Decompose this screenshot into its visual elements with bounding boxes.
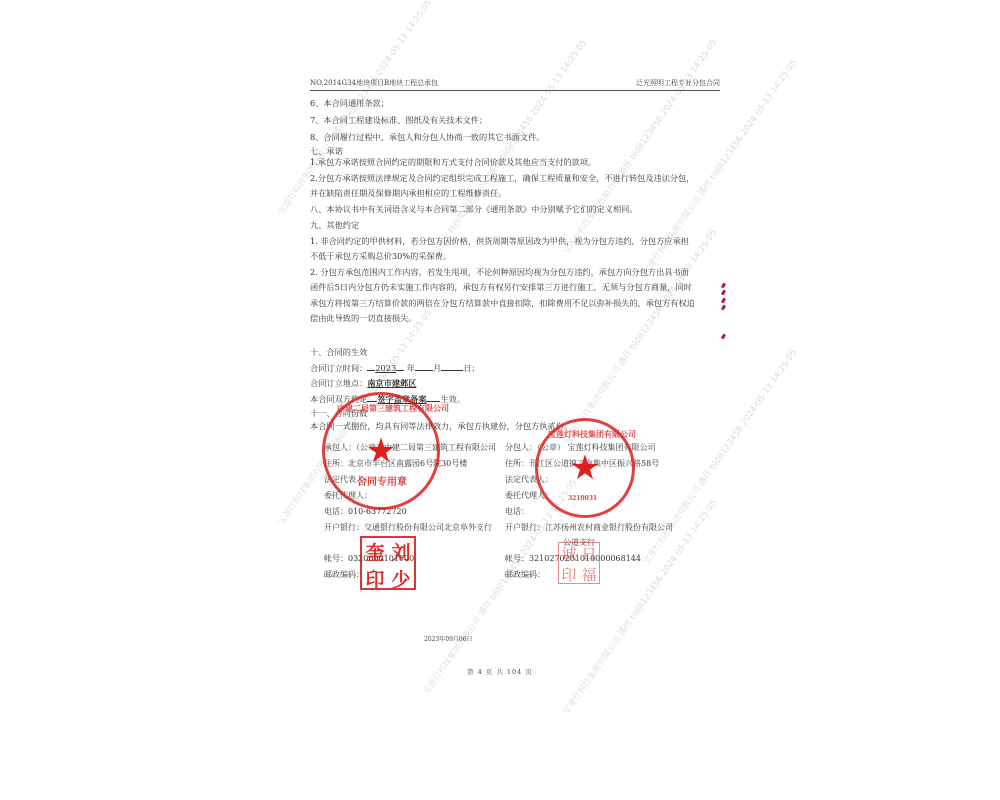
- document-page: 宝莲灯科技集团有限公司 潘伟 bldjt123456 2024-05-13 14…: [0, 0, 1000, 800]
- contractor-bank: 开户银行：交通银行股份有限公司北京阜外支行: [324, 522, 492, 534]
- footer-date: 2023年09月06日: [424, 634, 473, 643]
- seal-star-icon: ★: [366, 434, 396, 468]
- edge-seal-mark: [721, 334, 726, 340]
- watermark: 宝莲灯科技集团有限公司 潘伟 bldjt123456 2024-05-13 14…: [560, 37, 719, 257]
- sign-year: 2023: [375, 363, 396, 373]
- section-8: 八、本协议书中有关词语含义与本合同第二部分《通用条款》中分别赋予它们的定义相同。: [310, 203, 638, 215]
- subcontractor-postcode: 邮政编码：: [505, 569, 545, 581]
- edge-seal-mark: [721, 283, 726, 289]
- section-7-item-1: 1.承包方承诺按照合同约定的期限和方式支付合同价款及其他应当支付的款项。: [310, 156, 596, 168]
- watermark: 宝莲灯科技集团有限公司 潘伟 bldjt123456 2024-05-13 14…: [420, 477, 579, 697]
- header-contract-title: 泛光照明工程专业分包合同: [636, 78, 720, 88]
- watermark: 宝莲灯科技集团有限公司 潘伟 bldjt123456 2024-05-13 14…: [560, 227, 719, 447]
- section-7-item-2-cont: 并在缺陷责任期及保修期内承担相应的工程维修责任。: [310, 187, 507, 199]
- subcontractor-bank: 开户银行：江苏扬州农村商业银行股份有限公司: [505, 522, 673, 534]
- edge-seal-mark: [721, 305, 726, 311]
- section-9-item-2-cont1: 函件后5日内分包方仍未实施工作内容的，承包方有权另行安排第三方进行施工，无须与分…: [310, 281, 692, 293]
- contractor-postcode: 邮政编码：: [324, 569, 364, 581]
- section-10-title: 十、合同的生效: [310, 346, 367, 358]
- edge-seal-mark: [721, 298, 726, 304]
- subcontractor-personal-seal: 诚 日 印 福: [558, 542, 600, 584]
- section-7-item-2: 2.分包方承诺按照法律规定及合同约定组织完成工程施工，确保工程质量和安全，不进行…: [310, 172, 694, 184]
- page-number: 第 4 页 共 104 页: [467, 667, 533, 676]
- seal-star-icon: ★: [570, 451, 600, 485]
- contractor-personal-seal: 奎 刘 印 少: [360, 536, 416, 590]
- section-9-item-1: 1. 非合同约定的甲供材料，若分包方因价格、供货周期等原因改为甲供，视为分包方违…: [310, 235, 689, 247]
- sign-time: 合同订立时间：2023 年月日；: [310, 361, 480, 374]
- section-9-item-1-cont: 不低于承包方采购总价30%的采保费。: [310, 250, 451, 262]
- page-header: NO.2014G34地块项目B地块工程总承包 泛光照明工程专业分包合同: [310, 76, 720, 91]
- clause-8: 8、合同履行过程中，承包人和分包人协商一致的其它书面文件。: [310, 131, 544, 143]
- sign-place: 合同订立地点：南京市建邺区: [310, 377, 416, 389]
- header-project: NO.2014G34地块项目B地块工程总承包: [310, 78, 438, 88]
- contractor-company-seal: 中建二局第三建筑工程有限公司 ★ 合同专用章: [322, 392, 440, 510]
- section-9-item-2-cont2: 承包方将按第三方结算价款的两倍在分包方结算款中直接扣除，扣除费用不足以弥补损失的…: [310, 297, 695, 309]
- clause-6: 6、本合同通用条款；: [310, 97, 389, 109]
- clause-7: 7、本合同工程建设标准、图纸及有关技术文件；: [310, 114, 487, 126]
- section-9-title: 九、其他约定: [310, 219, 359, 231]
- section-9-item-2: 2. 分包方承包范围内工作内容，若发生甩项，不论何种原因均视为分包方违约，承包方…: [310, 266, 689, 278]
- edge-seal-mark: [721, 290, 726, 296]
- watermark: 宝莲灯科技集团有限公司 潘伟 bldjt123456 2024-05-13 14…: [430, 37, 589, 257]
- subcontractor-phone: 电话：: [505, 506, 529, 518]
- subcontractor-company-seal: 宝莲灯科技集团有限公司 ★ 3210031: [535, 418, 635, 518]
- section-9-item-2-cont3: 偿由此导致的一切直接损失。: [310, 312, 416, 324]
- sign-place-value: 南京市建邺区: [367, 378, 416, 388]
